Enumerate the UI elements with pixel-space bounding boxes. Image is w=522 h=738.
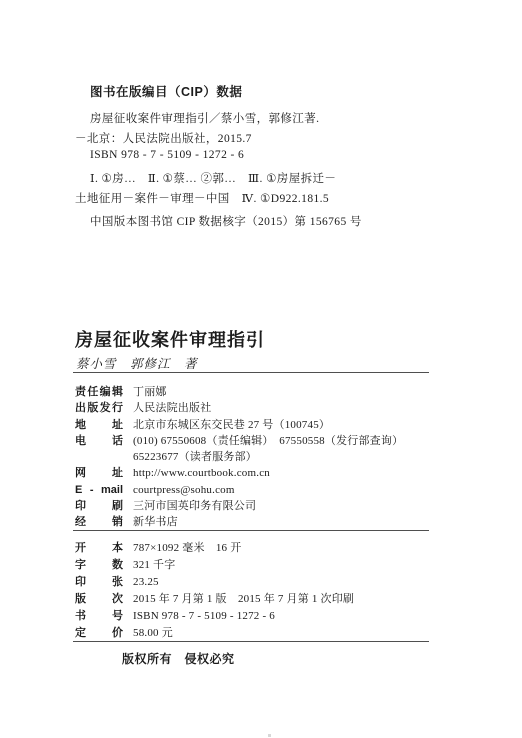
divider-rule-middle [73,530,429,531]
spec-row-sheets: 印张23.25 [75,574,455,591]
cip-record-number: 中国版本图书馆 CIP 数据核字（2015）第 156765 号 [90,213,362,229]
spec-row-wordcount: 字数321 千字 [75,557,455,574]
info-row-printer: 印刷三河市国英印务有限公司 [75,498,455,514]
spec-label: 开本 [75,540,123,557]
info-label: 地址 [75,417,123,433]
divider-rule-top [73,372,429,373]
info-value-line2: 65223677（读者服务部） [133,451,257,463]
info-label: 出版发行 [75,400,123,416]
info-value: (010) 67550608（责任编辑） 67550558（发行部查询） [133,435,403,447]
info-value: 丁丽娜 [133,384,167,400]
cip-classification-line-2: 土地征用－案件－审理－中国 Ⅳ. ①D922.181.5 [75,190,329,206]
cip-header: 图书在版编目（CIP）数据 [90,82,242,100]
spec-label: 字数 [75,557,123,574]
cip-title-line: 房屋征收案件审理指引／蔡小雪，郭修江著. [90,110,319,126]
spec-label: 定价 [75,625,123,642]
info-row-publisher: 出版发行人民法院出版社 [75,400,455,416]
spec-value: 787×1092 毫米 16 开 [133,540,241,557]
copyright-page: 图书在版编目（CIP）数据 房屋征收案件审理指引／蔡小雪，郭修江著. －北京：人… [0,0,522,738]
spec-value: ISBN 978 - 7 - 5109 - 1272 - 6 [133,608,275,625]
print-spec-block: 开本787×1092 毫米 16 开 字数321 千字 印张23.25 版次20… [75,540,455,642]
spec-value: 2015 年 7 月第 1 版 2015 年 7 月第 1 次印刷 [133,591,354,608]
spec-label: 书号 [75,608,123,625]
spec-value: 58.00 元 [133,625,173,642]
spec-row-isbn: 书号ISBN 978 - 7 - 5109 - 1272 - 6 [75,608,455,625]
info-value: 新华书店 [133,514,178,530]
cip-classification-line-1: Ⅰ. ①房… Ⅱ. ①蔡… ②郭… Ⅲ. ①房屋拆迁－ [90,170,336,186]
info-value: http://www.courtbook.com.cn [133,465,270,481]
info-row-editor: 责任编辑丁丽娜 [75,384,455,400]
info-label: 电话 [75,433,123,449]
spec-label: 版次 [75,591,123,608]
info-value: 北京市东城区东交民巷 27 号（100745） [133,417,330,433]
book-authors: 蔡小雪 郭修江 著 [76,354,198,372]
spec-value: 23.25 [133,574,159,591]
spec-row-price: 定价58.00 元 [75,625,455,642]
cip-isbn-line: ISBN 978 - 7 - 5109 - 1272 - 6 [90,149,244,161]
cip-publisher-line: －北京：人民法院出版社，2015.7 [75,130,252,146]
spec-label: 印张 [75,574,123,591]
info-label: 经销 [75,514,123,530]
info-value: 人民法院出版社 [133,400,211,416]
spec-value: 321 千字 [133,557,175,574]
info-label: 责任编辑 [75,384,123,400]
info-label: E - mail [75,482,123,498]
info-value: courtpress@sohu.com [133,482,235,498]
divider-rule-bottom [73,641,429,642]
info-row-website: 网址http://www.courtbook.com.cn [75,465,455,481]
scan-artifact-dot [268,734,271,737]
spec-row-edition: 版次2015 年 7 月第 1 版 2015 年 7 月第 1 次印刷 [75,591,455,608]
info-value: 三河市国英印务有限公司 [133,498,256,514]
info-row-distributor: 经销新华书店 [75,514,455,530]
info-row-email: E - mailcourtpress@sohu.com [75,482,455,498]
info-row-phone: 电话(010) 67550608（责任编辑） 67550558（发行部查询）65… [75,433,455,466]
info-label: 网址 [75,465,123,481]
book-title: 房屋征收案件审理指引 [75,326,265,352]
info-row-address: 地址北京市东城区东交民巷 27 号（100745） [75,417,455,433]
copyright-notice: 版权所有 侵权必究 [122,650,235,667]
spec-row-format: 开本787×1092 毫米 16 开 [75,540,455,557]
info-label: 印刷 [75,498,123,514]
publishing-info-block: 责任编辑丁丽娜 出版发行人民法院出版社 地址北京市东城区东交民巷 27 号（10… [75,384,455,531]
